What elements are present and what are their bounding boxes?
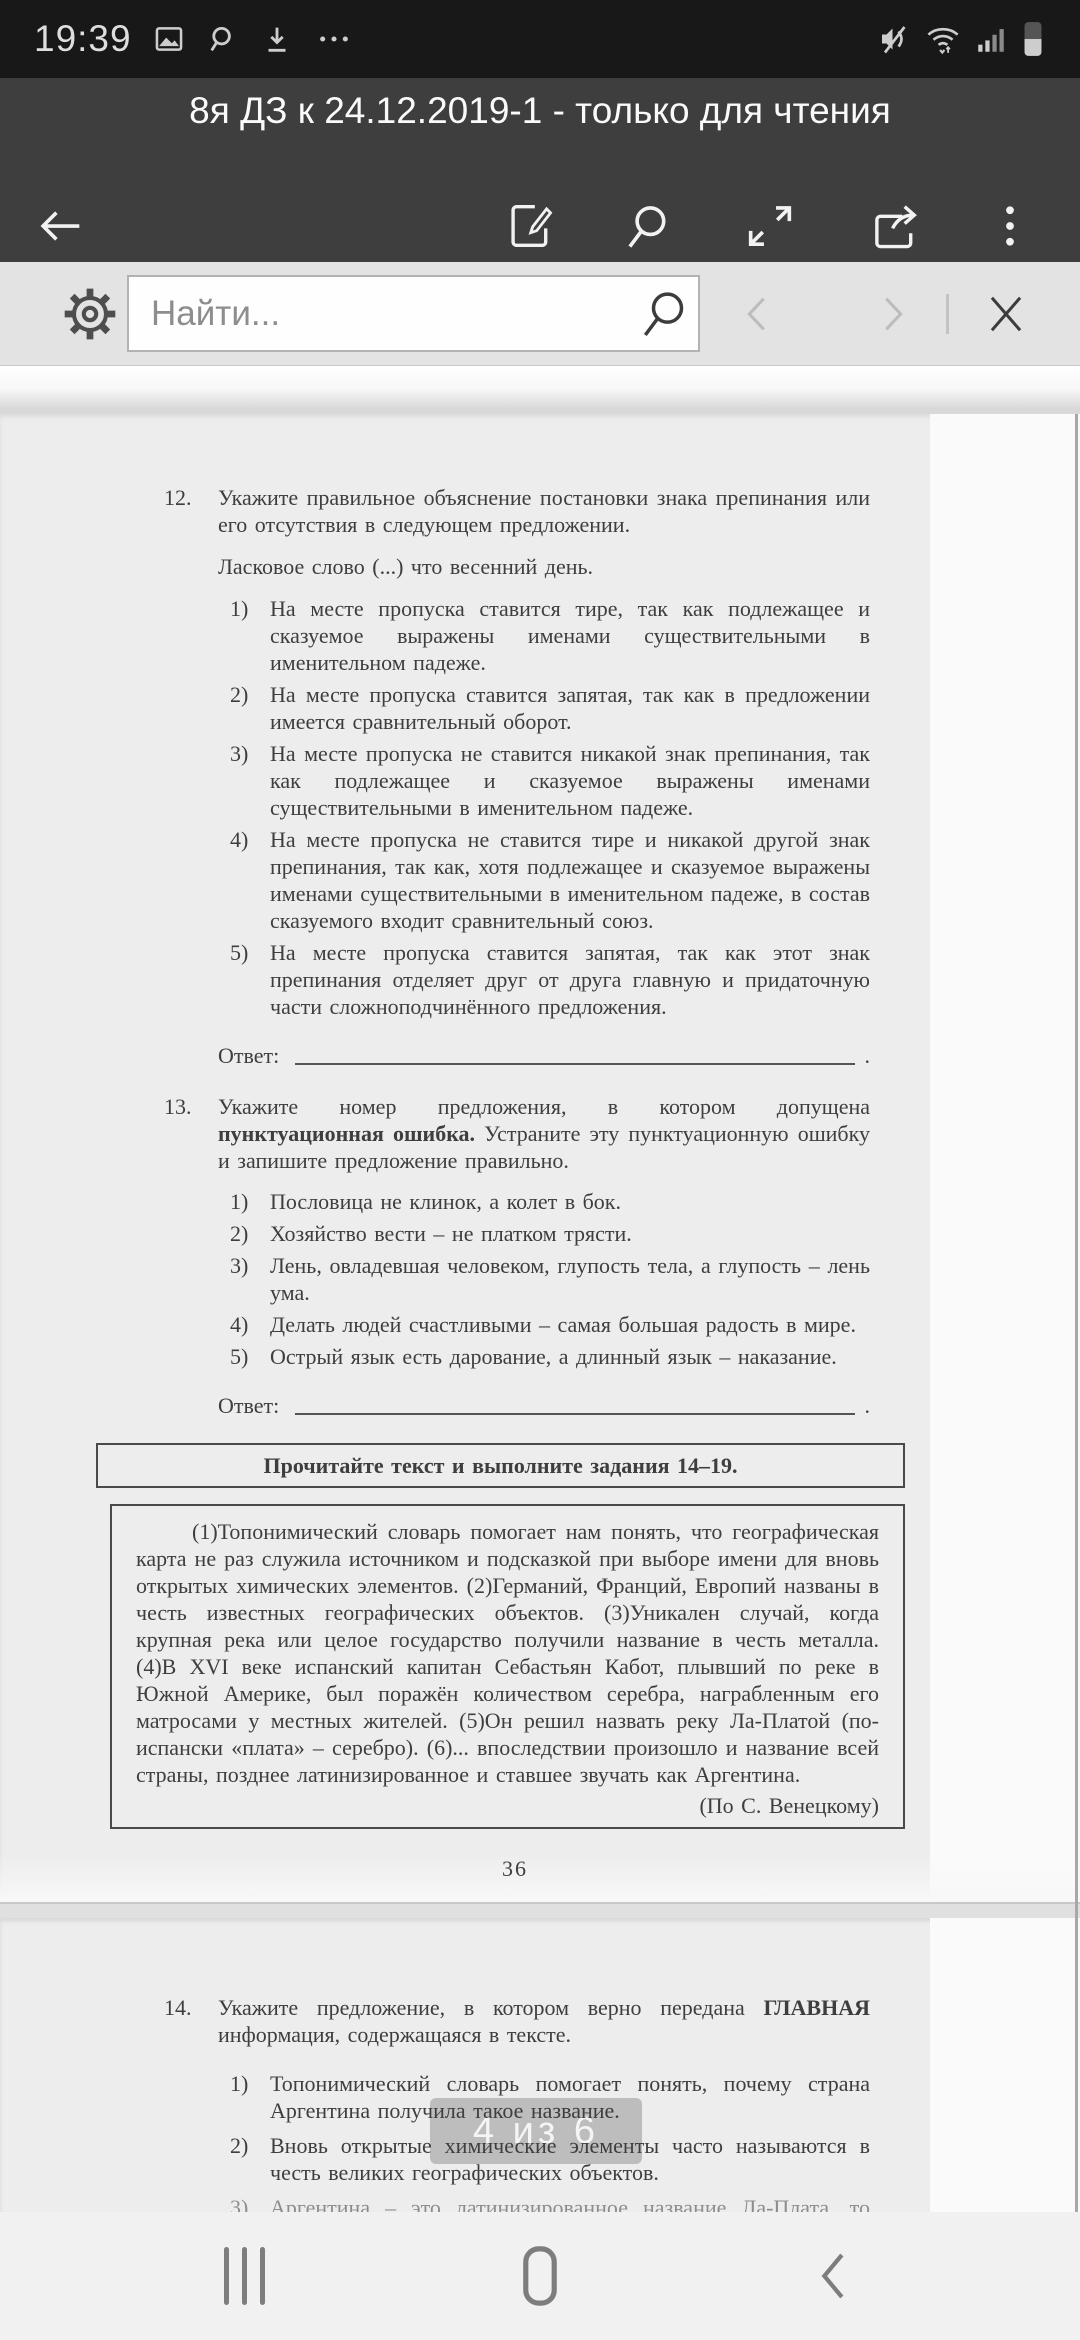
option: 3) На месте пропуска не ставится никакой… <box>218 740 870 821</box>
answer-row: Ответ: . <box>218 1042 870 1069</box>
option-number: 1) <box>230 1188 248 1215</box>
passage-box: (1)Топонимический словарь помогает нам п… <box>110 1504 905 1829</box>
option: 2) Вновь открытые химические элементы ча… <box>218 2132 870 2186</box>
share-icon[interactable] <box>863 194 927 258</box>
document-page-36: 12. Укажите правильное объяснение постан… <box>0 414 1080 1902</box>
status-bar: 19:39 <box>0 0 1080 78</box>
edit-icon[interactable] <box>498 194 562 258</box>
question-number: 14. <box>164 1994 192 2021</box>
find-input-container <box>127 275 700 352</box>
option-text: На месте пропуска не ставится тире и ник… <box>270 827 870 933</box>
document-title: 8я ДЗ к 24.12.2019-1 - только для чтения <box>0 90 1080 132</box>
question-number: 12. <box>164 484 192 511</box>
back-icon[interactable] <box>28 194 92 258</box>
option: 1) Топонимический словарь помогает понят… <box>218 2070 870 2124</box>
option-text: Делать людей счастливыми – самая большая… <box>270 1312 856 1337</box>
option-number: 3) <box>230 740 248 767</box>
search-icon <box>206 22 240 56</box>
answer-label: Ответ: <box>218 1392 279 1419</box>
option-text: Аргентина – это латинизированное названи… <box>270 2195 870 2212</box>
overflow-menu-icon[interactable] <box>978 194 1042 258</box>
option-truncated: 3) Аргентина – это латинизированное назв… <box>218 2194 870 2212</box>
option-number: 1) <box>230 2070 248 2097</box>
answer-label: Ответ: <box>218 1042 279 1069</box>
option: 2) Хозяйство вести – не платком трясти. <box>218 1220 870 1247</box>
option-number: 2) <box>230 2132 248 2159</box>
previous-page-bottom-edge <box>0 366 1080 408</box>
option-number: 3) <box>230 2194 248 2212</box>
stem-bold-text: ГЛАВНАЯ <box>763 1995 870 2020</box>
reading-task-header: Прочитайте текст и выполните задания 14–… <box>96 1443 905 1488</box>
option-text: Вновь открытые химические элементы часто… <box>270 2133 870 2185</box>
option-text: Лень, овладевшая человеком, глупость тел… <box>270 1253 870 1305</box>
stem-text: Укажите номер предложения, в котором доп… <box>218 1094 870 1119</box>
close-find-icon[interactable] <box>980 288 1032 340</box>
image-icon <box>152 22 186 56</box>
find-divider <box>946 294 949 334</box>
app-bar: 8я ДЗ к 24.12.2019-1 - только для чтения <box>0 78 1080 262</box>
stem-text: информация, содержащаяся в тексте. <box>218 2022 571 2047</box>
question-number: 13. <box>164 1093 192 1120</box>
passage-attribution: (По С. Венецкому) <box>136 1792 879 1819</box>
option: 2) На месте пропуска ставится запятая, т… <box>218 681 870 735</box>
stem-text: Укажите предложение, в котором верно пер… <box>218 1995 763 2020</box>
question-14: 14. Укажите предложение, в котором верно… <box>160 1994 870 2212</box>
option-number: 2) <box>230 681 248 708</box>
page-36-content: 12. Укажите правильное объяснение постан… <box>0 414 1080 1882</box>
option-text: Пословица не клинок, а колет в бок. <box>270 1189 621 1214</box>
screen: 19:39 <box>0 0 1080 2340</box>
back-icon[interactable] <box>804 2244 868 2308</box>
option: 1) На месте пропуска ставится тире, так … <box>218 595 870 676</box>
option-text: Топонимический словарь помогает понять, … <box>270 2071 870 2123</box>
mute-vibrate-icon <box>876 21 912 57</box>
recent-apps-icon[interactable] <box>212 2244 276 2308</box>
option-text: На месте пропуска ставится тире, так как… <box>270 596 870 675</box>
find-bar <box>0 262 1080 366</box>
passage-text: (1)Топонимический словарь помогает нам п… <box>136 1518 879 1788</box>
option-number: 4) <box>230 826 248 853</box>
example-sentence: Ласковое слово (...) что весенний день. <box>218 553 870 580</box>
options-list: 1) На месте пропуска ставится тире, так … <box>218 595 870 1020</box>
search-icon[interactable] <box>616 194 680 258</box>
option: 3) Лень, овладевшая человеком, глупость … <box>218 1252 870 1306</box>
option: 4) Делать людей счастливыми – самая боль… <box>218 1311 870 1338</box>
option: 5) Острый язык есть дарование, а длинный… <box>218 1343 870 1370</box>
option-text: На месте пропуска не ставится никакой зн… <box>270 741 870 820</box>
option: 1) Пословица не клинок, а колет в бок. <box>218 1188 870 1215</box>
question-12: 12. Укажите правильное объяснение постан… <box>160 484 870 1069</box>
document-page-37: 4 из 6 14. Укажите предложение, в которо… <box>0 1918 1080 2212</box>
option-number: 2) <box>230 1220 248 1247</box>
option: 4) На месте пропуска не ставится тире и … <box>218 826 870 934</box>
options-list: 1) Топонимический словарь помогает понят… <box>218 2070 870 2212</box>
wifi-icon <box>924 21 962 57</box>
find-submit-search-icon[interactable] <box>634 284 694 344</box>
document-viewport[interactable]: 12. Укажите правильное объяснение постан… <box>0 366 1080 2212</box>
answer-period: . <box>865 1392 871 1419</box>
question-stem: Укажите правильное объяснение постановки… <box>218 484 870 538</box>
stem-bold-text: пунктуационная ошибка. <box>218 1121 475 1146</box>
settings-gear-icon[interactable] <box>56 280 124 348</box>
question-13: 13. Укажите номер предложения, в котором… <box>160 1093 870 1419</box>
status-left: 19:39 <box>34 18 876 60</box>
option-number: 5) <box>230 939 248 966</box>
next-result-icon[interactable] <box>866 288 918 340</box>
question-stem: Укажите предложение, в котором верно пер… <box>218 1994 870 2048</box>
battery-icon <box>1020 19 1046 59</box>
option-text: Хозяйство вести – не платком трясти. <box>270 1221 632 1246</box>
option-number: 4) <box>230 1311 248 1338</box>
printed-page-number: 36 <box>160 1855 870 1882</box>
option: 5) На месте пропуска ставится запятая, т… <box>218 939 870 1020</box>
prev-result-icon[interactable] <box>732 288 784 340</box>
answer-line <box>295 1043 854 1065</box>
navigation-bar <box>0 2212 1080 2340</box>
status-right <box>876 19 1046 59</box>
find-input[interactable] <box>129 294 634 334</box>
option-number: 3) <box>230 1252 248 1279</box>
option-text: На месте пропуска ставится запятая, так … <box>270 940 870 1019</box>
options-list: 1) Пословица не клинок, а колет в бок. 2… <box>218 1188 870 1370</box>
page-gap <box>0 1902 1080 1918</box>
answer-period: . <box>865 1042 871 1069</box>
download-icon <box>260 22 294 56</box>
page-37-content: 14. Укажите предложение, в котором верно… <box>0 1918 1080 2212</box>
answer-line <box>295 1393 854 1415</box>
option-text: На месте пропуска ставится запятая, так … <box>270 682 870 734</box>
option-number: 1) <box>230 595 248 622</box>
clock: 19:39 <box>34 18 132 60</box>
option-number: 5) <box>230 1343 248 1370</box>
question-stem: Укажите номер предложения, в котором доп… <box>218 1093 870 1174</box>
signal-strength-icon <box>974 21 1008 57</box>
answer-row: Ответ: . <box>218 1392 870 1419</box>
more-notifications-icon <box>314 22 354 56</box>
home-icon[interactable] <box>508 2244 572 2308</box>
option-text: Острый язык есть дарование, а длинный яз… <box>270 1344 837 1369</box>
fullscreen-icon[interactable] <box>738 194 802 258</box>
